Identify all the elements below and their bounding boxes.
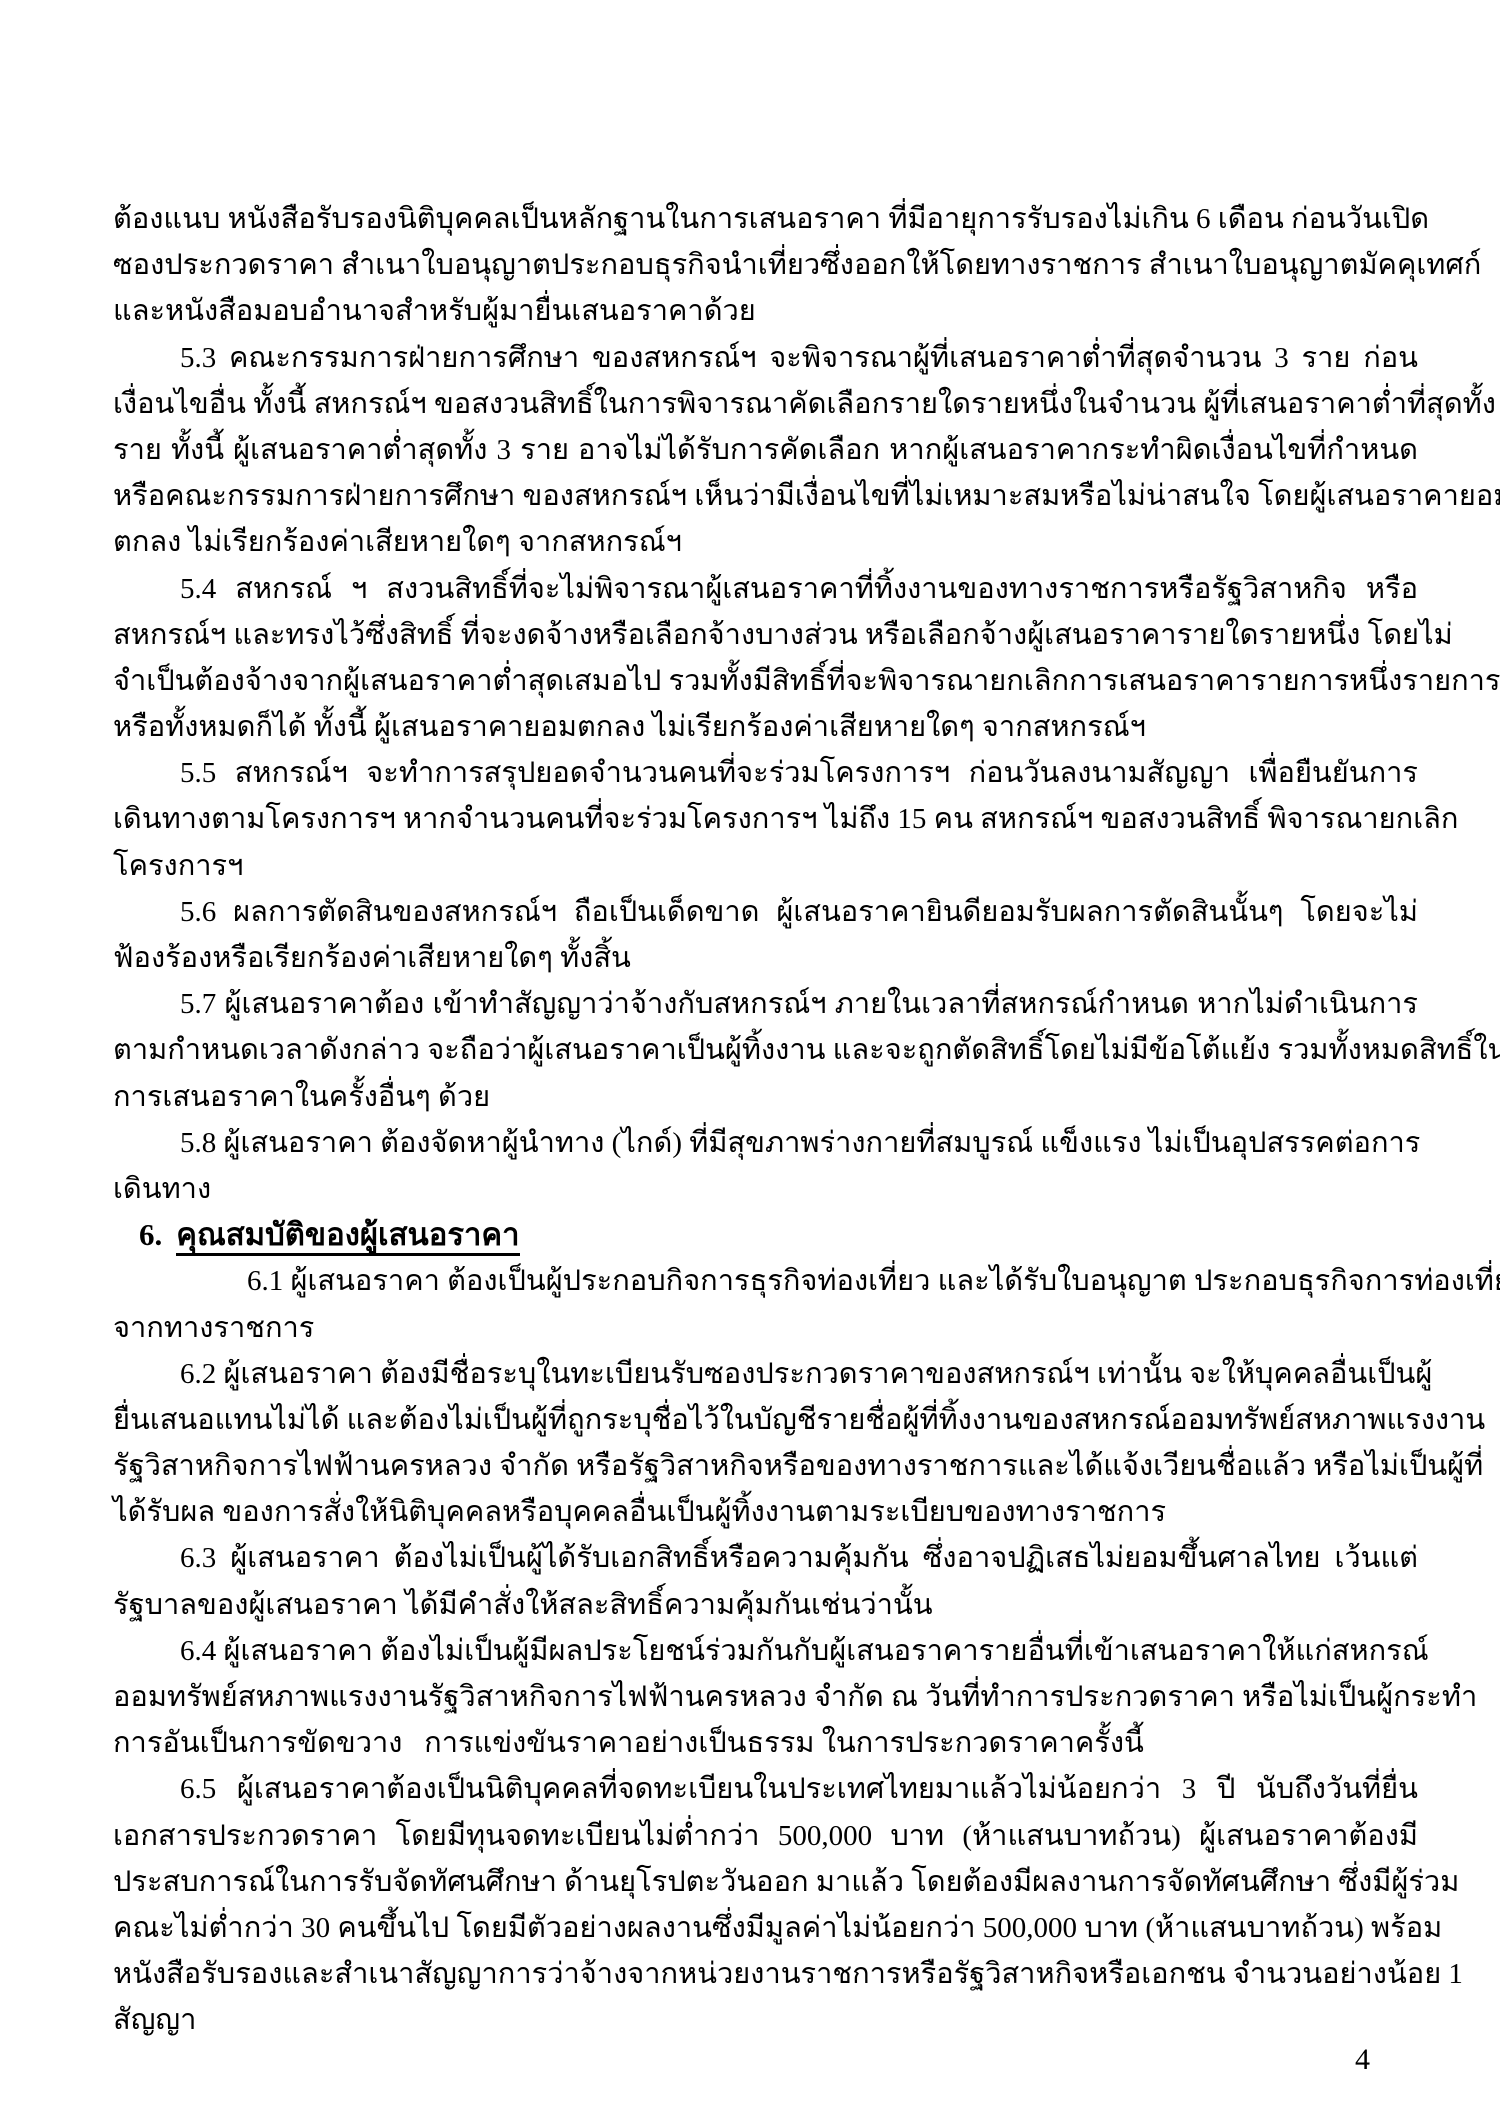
text-line: เดินทางตามโครงการฯ หากจำนวนคนที่จะร่วมโค…	[113, 796, 1418, 842]
document-body: ต้องแนบ หนังสือรับรองนิติบุคคลเป็นหลักฐา…	[113, 196, 1418, 2044]
text-line: หนังสือรับรองและสำเนาสัญญาการว่าจ้างจากห…	[113, 1951, 1418, 1997]
text-line: ได้รับผล ของการสั่งให้นิติบุคคลหรือบุคคล…	[113, 1489, 1418, 1535]
text-line: ออมทรัพย์สหภาพแรงงานรัฐวิสาหกิจการไฟฟ้าน…	[113, 1674, 1418, 1720]
text-line: ยื่นเสนอแทนไม่ได้ และต้องไม่เป็นผู้ที่ถู…	[113, 1397, 1418, 1443]
text-line: 5.7 ผู้เสนอราคาต้อง เข้าทำสัญญาว่าจ้างกั…	[113, 981, 1418, 1027]
text-line: 6.2 ผู้เสนอราคา ต้องมีชื่อระบุในทะเบียนร…	[113, 1351, 1418, 1397]
text-line: 5.6 ผลการตัดสินของสหกรณ์ฯ ถือเป็นเด็ดขาด…	[113, 889, 1418, 935]
text-line: จากทางราชการ	[113, 1305, 1418, 1351]
text-line: คณะไม่ต่ำกว่า 30 คนขึ้นไป โดยมีตัวอย่างผ…	[113, 1905, 1418, 1951]
text-line: และหนังสือมอบอำนาจสำหรับผู้มายื่นเสนอราค…	[113, 288, 1418, 334]
text-line: ฟ้องร้องหรือเรียกร้องค่าเสียหายใดๆ ทั้งส…	[113, 935, 1418, 981]
text-line: 5.8 ผู้เสนอราคา ต้องจัดหาผู้นำทาง (ไกด์)…	[113, 1120, 1418, 1166]
text-line: 5.5 สหกรณ์ฯ จะทำการสรุปยอดจำนวนคนที่จะร่…	[113, 750, 1418, 796]
text-line: จำเป็นต้องจ้างจากผู้เสนอราคาต่ำสุดเสมอไป…	[113, 658, 1418, 704]
text-line: 6.5 ผู้เสนอราคาต้องเป็นนิติบุคคลที่จดทะเ…	[113, 1766, 1418, 1812]
document-page: ต้องแนบ หนังสือรับรองนิติบุคคลเป็นหลักฐา…	[0, 0, 1500, 2122]
text-line: การอันเป็นการขัดขวาง การแข่งขันราคาอย่าง…	[113, 1720, 1418, 1766]
text-line: การเสนอราคาในครั้งอื่นๆ ด้วย	[113, 1074, 1418, 1120]
text-line: ตกลง ไม่เรียกร้องค่าเสียหายใดๆ จากสหกรณ์…	[113, 519, 1418, 565]
text-line: 6.4 ผู้เสนอราคา ต้องไม่เป็นผู้มีผลประโยช…	[113, 1628, 1418, 1674]
text-line: เดินทาง	[113, 1166, 1418, 1212]
text-line: สัญญา	[113, 1997, 1418, 2043]
text-line: สหกรณ์ฯ และทรงไว้ซึ่งสิทธิ์ ที่จะงดจ้างห…	[113, 612, 1418, 658]
text-line: รัฐบาลของผู้เสนอราคา ได้มีคำสั่งให้สละสิ…	[113, 1582, 1418, 1628]
text-line: โครงการฯ	[113, 843, 1418, 889]
text-line: 5.4 สหกรณ์ ฯ สงวนสิทธิ์ที่จะไม่พิจารณาผู…	[113, 566, 1418, 612]
text-line: หรือทั้งหมดก็ได้ ทั้งนี้ ผู้เสนอราคายอมต…	[113, 704, 1418, 750]
page-number: 4	[1355, 2042, 1370, 2078]
text-line: 6.1 ผู้เสนอราคา ต้องเป็นผู้ประกอบกิจการธ…	[113, 1258, 1418, 1304]
text-line: รัฐวิสาหกิจการไฟฟ้านครหลวง จำกัด หรือรัฐ…	[113, 1443, 1418, 1489]
text-line: ราย ทั้งนี้ ผู้เสนอราคาต่ำสุดทั้ง 3 ราย …	[113, 427, 1418, 473]
text-line: หรือคณะกรรมการฝ่ายการศึกษา ของสหกรณ์ฯ เห…	[113, 473, 1418, 519]
text-line: ต้องแนบ หนังสือรับรองนิติบุคคลเป็นหลักฐา…	[113, 196, 1418, 242]
text-line: 5.3 คณะกรรมการฝ่ายการศึกษา ของสหกรณ์ฯ จะ…	[113, 335, 1418, 381]
section-title: คุณสมบัติของผู้เสนอราคา	[176, 1217, 519, 1256]
text-line: ตามกำหนดเวลาดังกล่าว จะถือว่าผู้เสนอราคา…	[113, 1027, 1418, 1073]
section-heading: 6.คุณสมบัติของผู้เสนอราคา	[113, 1212, 1418, 1258]
text-line: ซองประกวดราคา สำเนาใบอนุญาตประกอบธุรกิจน…	[113, 242, 1418, 288]
text-line: เงื่อนไขอื่น ทั้งนี้ สหกรณ์ฯ ขอสงวนสิทธิ…	[113, 381, 1418, 427]
section-number: 6.	[139, 1217, 162, 1252]
text-line: เอกสารประกวดราคา โดยมีทุนจดทะเบียนไม่ต่ำ…	[113, 1813, 1418, 1859]
text-line: 6.3 ผู้เสนอราคา ต้องไม่เป็นผู้ได้รับเอกส…	[113, 1535, 1418, 1581]
text-line: ประสบการณ์ในการรับจัดทัศนศึกษา ด้านยุโรป…	[113, 1859, 1418, 1905]
